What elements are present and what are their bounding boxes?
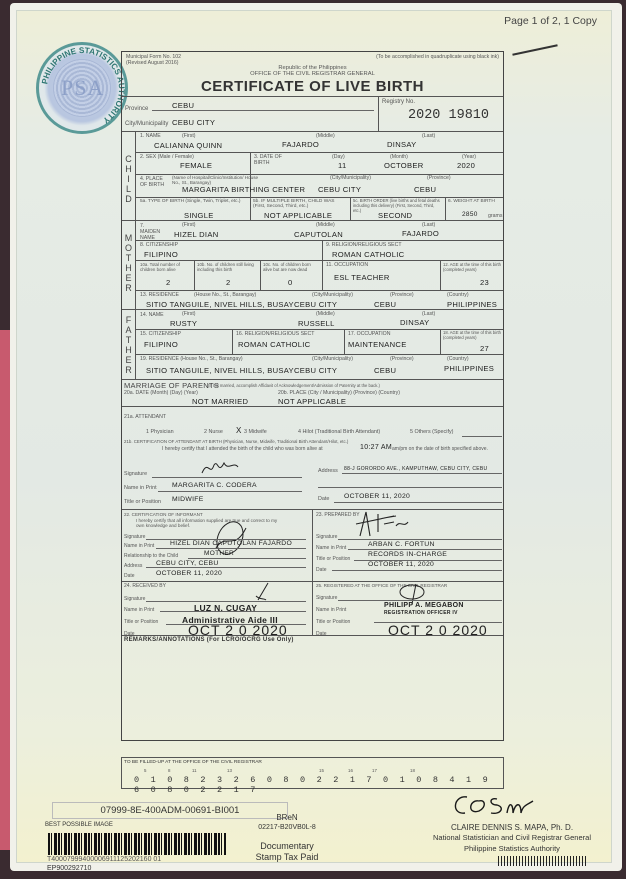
father-residence-province: CEBU bbox=[374, 366, 396, 375]
child-birth-province: CEBU bbox=[414, 185, 436, 194]
form-instruction: (To be accomplished in quadruplicate usi… bbox=[376, 54, 499, 60]
mother-occupation: ESL TEACHER bbox=[334, 273, 390, 282]
pen-mark bbox=[512, 44, 557, 56]
children-still-living: 2 bbox=[226, 278, 231, 287]
mother-middle-name: CAPUTOLAN bbox=[294, 230, 343, 239]
ep-number: EP900292710 bbox=[47, 865, 91, 872]
mother-section-label: MOTHER bbox=[122, 221, 136, 310]
c10a-label: 10a. Total number of children born alive bbox=[140, 262, 192, 272]
informant-name-label: Name in Print bbox=[124, 543, 154, 549]
informant-address-label: Address bbox=[124, 563, 142, 569]
registrar-codes-label: TO BE FILLED-UP AT THE OFFICE OF THE CIV… bbox=[124, 760, 262, 765]
pob-province-label: (Province) bbox=[427, 175, 451, 181]
first-label: (First) bbox=[182, 133, 196, 139]
marriage-place: NOT APPLICABLE bbox=[278, 397, 346, 406]
attendant-cert-text: I hereby certify that I attended the bir… bbox=[162, 446, 323, 452]
city-value: CEBU CITY bbox=[172, 118, 215, 127]
father-section-label: FATHER bbox=[122, 310, 136, 380]
dob-label: 3. DATE OF BIRTH bbox=[254, 154, 284, 166]
sex-label: 2. SEX (Male / Female) bbox=[140, 154, 194, 160]
child-multiple-birth: NOT APPLICABLE bbox=[264, 211, 332, 220]
child-section: CHILD 1. NAME (First) (Middle) (Last) CA… bbox=[122, 131, 503, 220]
marriage-section: MARRIAGE OF PARENTS (If not married, acc… bbox=[122, 379, 503, 406]
c10b-label: 10b. No. of children still living includ… bbox=[197, 262, 257, 272]
prepared-title-label: Title or Position bbox=[316, 556, 350, 562]
field-number: 15 bbox=[319, 768, 324, 773]
svg-text:PHILIPPINE STATISTICS AUTHORIT: PHILIPPINE STATISTICS AUTHORITY bbox=[40, 46, 126, 125]
attendant-name: MARGARITA C. CODERA bbox=[172, 482, 257, 489]
children-now-dead: 0 bbox=[288, 278, 293, 287]
attendant-option-midwife: 3 Midwife bbox=[244, 429, 267, 435]
prepared-by-label: 23. PREPARED BY bbox=[316, 512, 360, 518]
attendant-cert-label: 21b. CERTIFICATION OF ATTENDANT AT BIRTH… bbox=[124, 439, 348, 444]
received-title-label: Title or Position bbox=[124, 619, 158, 625]
attendant-option-others: 5 Others (Specify) bbox=[410, 429, 453, 435]
barcode-text: T40007999400006911125202160 01 bbox=[47, 856, 161, 863]
prepared-signature-icon bbox=[354, 510, 414, 538]
attendant-signature-label: Signature bbox=[124, 471, 147, 477]
weight-unit: grams bbox=[488, 213, 502, 219]
office-line: OFFICE OF THE CIVIL REGISTRAR GENERAL bbox=[122, 71, 503, 77]
mother-residence-province: CEBU bbox=[374, 300, 396, 309]
stamp-tax-paid: Documentary Stamp Tax Paid bbox=[247, 841, 327, 863]
prepared-date: OCTOBER 11, 2020 bbox=[368, 561, 434, 568]
received-signature-icon bbox=[252, 582, 272, 602]
birth-type-label: 5a. TYPE OF BIRTH (Single, Twin, Triplet… bbox=[140, 199, 245, 204]
mother-residence-label: 13. RESIDENCE bbox=[140, 292, 179, 298]
country-sub-label: (Country) bbox=[447, 292, 469, 298]
father-middle-name: RUSSELL bbox=[298, 319, 335, 328]
c10c-label: 10c. No. of children born alive but are … bbox=[263, 262, 320, 272]
registrar-general-signature-icon bbox=[449, 791, 539, 819]
registered-signature-label: Signature bbox=[316, 595, 337, 601]
child-middle-name: FAJARDO bbox=[282, 140, 319, 149]
registered-name-label: Name in Print bbox=[316, 607, 346, 613]
mother-last-name: FAJARDO bbox=[402, 229, 439, 238]
pob-label: 4. PLACE OF BIRTH bbox=[140, 176, 166, 188]
father-last-name: DINSAY bbox=[400, 318, 430, 327]
marriage-date: NOT MARRIED bbox=[192, 397, 248, 406]
province-value: CEBU bbox=[172, 101, 194, 110]
received-signature-label: Signature bbox=[124, 596, 145, 602]
agency-name: Philippine Statistics Authority bbox=[412, 844, 612, 853]
security-paper: Page 1 of 2, 1 Copy PSA PHILIPPINE STATI… bbox=[16, 10, 612, 863]
middle-label: (Middle) bbox=[316, 222, 335, 228]
pob-hospital-label: (Name of Hospital/Clinic/Institution/ Ho… bbox=[172, 175, 260, 185]
prepared-date-label: Date bbox=[316, 567, 327, 573]
child-name-label: 1. NAME bbox=[140, 133, 161, 139]
mother-residence-country: PHILIPPINES bbox=[447, 300, 497, 309]
marriage-date-label: 20a. DATE (Month) (Day) (Year) bbox=[124, 390, 198, 396]
attendant-address-label: Address bbox=[318, 468, 338, 474]
child-weight: 2850 bbox=[462, 211, 478, 218]
attendant-option-nurse: 2 Nurse bbox=[204, 429, 223, 435]
registrar-code-digits: 0 1 0 8 2 3 2 6 0 8 0 2 2 1 7 0 1 0 8 4 … bbox=[134, 775, 503, 795]
field-number: 18 bbox=[410, 768, 415, 773]
attendant-cert-suffix: am/pm on the date of birth specified abo… bbox=[392, 446, 488, 452]
province-label: Province bbox=[125, 106, 148, 112]
child-birth-day: 11 bbox=[338, 161, 346, 170]
year-label: (Year) bbox=[462, 154, 476, 160]
remarks-section: REMARKS/ANNOTATIONS (For LCRO/OCRG Use O… bbox=[122, 635, 503, 697]
month-label: (Month) bbox=[390, 154, 408, 160]
small-barcode-icon bbox=[498, 856, 588, 866]
remarks-label: REMARKS/ANNOTATIONS (For LCRO/OCRG Use O… bbox=[124, 637, 294, 643]
father-occupation-label: 17. OCCUPATION bbox=[348, 331, 390, 337]
birth-certificate-form: Municipal Form No. 102 (Revised August 2… bbox=[121, 51, 504, 741]
mother-first-name: HIZEL DIAN bbox=[174, 230, 219, 239]
middle-label: (Middle) bbox=[316, 311, 335, 317]
barcode-icon bbox=[48, 833, 226, 855]
registry-label: Registry No. bbox=[382, 99, 415, 105]
informant-text: I hereby certify that all information su… bbox=[136, 518, 286, 528]
house-label: (House No., St., Barangay) bbox=[194, 292, 256, 298]
registered-name: PHILIPP A. MEGABON bbox=[384, 602, 464, 609]
signatory-name: CLAIRE DENNIS S. MAPA, Ph. D. bbox=[412, 823, 612, 832]
child-section-label: CHILD bbox=[122, 132, 136, 221]
marriage-heading: MARRIAGE OF PARENTS bbox=[124, 381, 219, 390]
child-birth-month: OCTOBER bbox=[384, 161, 424, 170]
father-residence: SITIO TANGUILE, NIVEL HILLS, BUSAY bbox=[146, 366, 294, 375]
child-birth-place: MARGARITA BIRTHING CENTER bbox=[182, 185, 305, 194]
multiple-birth-label: 5b. IF MULTIPLE BIRTH, CHILD WAS (First,… bbox=[253, 199, 345, 209]
attendant-date-label: Date bbox=[318, 496, 329, 502]
father-religion: ROMAN CATHOLIC bbox=[238, 340, 310, 349]
pob-city-label: (City/Municipality) bbox=[330, 175, 371, 181]
mother-age: 23 bbox=[480, 278, 489, 287]
attendant-address: 88-J GORORDO AVE., KAMPUTHAW, CEBU CITY,… bbox=[344, 466, 487, 472]
informant-relationship: MOTHER bbox=[204, 550, 234, 557]
middle-label: (Middle) bbox=[316, 133, 335, 139]
best-possible-image-label: BEST POSSIBLE IMAGE bbox=[45, 822, 113, 828]
marriage-note: (If not married, accomplish Affidavit of… bbox=[208, 383, 380, 388]
mother-religion: ROMAN CATHOLIC bbox=[332, 250, 404, 259]
child-sex: FEMALE bbox=[180, 161, 212, 170]
mother-residence: SITIO TANGUILE, NIVEL HILLS, BUSAY bbox=[146, 300, 294, 309]
prepared-title: RECORDS IN-CHARGE bbox=[368, 551, 447, 558]
attendant-option-hilot: 4 Hilot (Traditional Birth Attendant) bbox=[298, 429, 380, 435]
mother-residence-city: CEBU CITY bbox=[294, 300, 337, 309]
informant-date-label: Date bbox=[124, 573, 135, 579]
father-name-label: 14. NAME bbox=[140, 312, 164, 318]
marriage-place-label: 20b. PLACE (City / Municipality) (Provin… bbox=[278, 390, 400, 396]
day-label: (Day) bbox=[332, 154, 345, 160]
informant-date: OCTOBER 11, 2020 bbox=[156, 570, 222, 577]
attendant-date: OCTOBER 11, 2020 bbox=[344, 493, 410, 500]
registrar-codes-box: TO BE FILLED-UP AT THE OFFICE OF THE CIV… bbox=[121, 757, 504, 789]
field-number: 8 bbox=[168, 768, 170, 773]
page-title: CERTIFICATE OF LIVE BIRTH bbox=[122, 78, 503, 95]
field-number: 11 bbox=[192, 768, 197, 773]
registered-title-label: Title or Position bbox=[316, 619, 350, 625]
prepared-name: ARBAN C. FORTUN bbox=[368, 541, 435, 548]
attendant-title: MIDWIFE bbox=[172, 496, 204, 503]
attendant-selected-mark: X bbox=[236, 426, 242, 435]
child-birth-city: CEBU CITY bbox=[318, 185, 361, 194]
father-residence-country: PHILIPPINES bbox=[444, 364, 494, 373]
attendant-option-physician: 1 Physician bbox=[146, 429, 174, 435]
prepared-signature-label: Signature bbox=[316, 534, 337, 540]
registry-number: 2020 19810 bbox=[408, 108, 489, 123]
signatory-title: National Statistician and Civil Registra… bbox=[412, 833, 612, 842]
attendant-signature-icon bbox=[200, 457, 240, 479]
mother-occupation-label: 11. OCCUPATION bbox=[326, 262, 368, 268]
location-row: Province CEBU City/Municipality CEBU CIT… bbox=[122, 96, 503, 131]
first-label: (First) bbox=[182, 222, 196, 228]
father-age-label: 18. AGE at the time of this birth (compl… bbox=[443, 330, 505, 340]
field-number: 5 bbox=[144, 768, 146, 773]
attendant-label: 21a. ATTENDANT bbox=[124, 414, 166, 420]
bren-number: 02217-B20VB0L-8 bbox=[247, 824, 327, 831]
father-residence-city: CEBU CITY bbox=[294, 366, 337, 375]
father-first-name: RUSTY bbox=[170, 319, 197, 328]
attendant-title-label: Title or Position bbox=[124, 499, 161, 505]
attendant-name-label: Name in Print bbox=[124, 485, 157, 491]
father-occupation: MAINTENANCE bbox=[348, 340, 407, 349]
informant-prepared-section: 22. CERTIFICATION OF INFORMANT I hereby … bbox=[122, 509, 503, 573]
child-last-name: DINSAY bbox=[387, 140, 417, 149]
first-label: (First) bbox=[182, 311, 196, 317]
informant-label: 22. CERTIFICATION OF INFORMANT bbox=[124, 512, 203, 517]
father-citizenship: FILIPINO bbox=[144, 340, 178, 349]
mother-citizenship: FILIPINO bbox=[144, 250, 178, 259]
field-number: 16 bbox=[348, 768, 353, 773]
field-number: 13 bbox=[227, 768, 232, 773]
father-age: 27 bbox=[480, 344, 489, 353]
registrar-codes-section bbox=[122, 697, 503, 741]
received-by-label: 24. RECEIVED BY bbox=[124, 583, 166, 589]
attendant-section: 21a. ATTENDANT 1 Physician 2 Nurse X 3 M… bbox=[122, 406, 503, 509]
received-registered-section: 24. RECEIVED BY Signature Name in Print … bbox=[122, 581, 503, 635]
mother-section: MOTHER 7. MAIDEN NAME (First) (Middle) (… bbox=[122, 220, 503, 309]
informant-name: HIZEL DIAN CAPUTOLAN FAJARDO bbox=[170, 540, 292, 547]
field-number: 17 bbox=[372, 768, 377, 773]
country-sub-label: (Country) bbox=[447, 356, 469, 362]
last-label: (Last) bbox=[422, 222, 435, 228]
informant-address: CEBU CITY, CEBU bbox=[156, 560, 219, 567]
child-birth-type: SINGLE bbox=[184, 211, 214, 220]
mother-name-label: 7. MAIDEN NAME bbox=[140, 223, 162, 241]
child-birth-year: 2020 bbox=[457, 161, 475, 170]
city-sub-label: (City/Municipality) bbox=[312, 356, 353, 362]
page-indicator: Page 1 of 2, 1 Copy bbox=[504, 15, 597, 27]
informant-signature-label: Signature bbox=[124, 534, 145, 540]
province-sub-label: (Province) bbox=[390, 292, 414, 298]
seal-ring-text: PHILIPPINE STATISTICS AUTHORITY bbox=[37, 43, 129, 135]
mother-religion-label: 9. RELIGION/RELIGIOUS SECT bbox=[326, 242, 402, 248]
psa-seal-icon: PSA PHILIPPINE STATISTICS AUTHORITY bbox=[36, 42, 128, 134]
prepared-name-label: Name in Print bbox=[316, 545, 346, 551]
received-name-label: Name in Print bbox=[124, 607, 154, 613]
last-label: (Last) bbox=[422, 133, 435, 139]
relationship-label: Relationship to the Child bbox=[124, 553, 178, 559]
registered-position: REGISTRATION OFFICER IV bbox=[384, 610, 458, 616]
father-citizenship-label: 15. CITIZENSHIP bbox=[140, 331, 181, 337]
child-first-name: CALIANNA QUINN bbox=[154, 141, 222, 150]
city-sub-label: (City/Municipality) bbox=[312, 292, 353, 298]
mother-citizenship-label: 8. CITIZENSHIP bbox=[140, 242, 178, 248]
province-sub-label: (Province) bbox=[390, 356, 414, 362]
bren-label: BReN bbox=[247, 813, 327, 822]
last-label: (Last) bbox=[422, 311, 435, 317]
child-birth-order: SECOND bbox=[378, 211, 412, 220]
father-residence-label: 19. RESIDENCE (House No., St., Barangay) bbox=[140, 356, 243, 362]
mother-age-label: 12. AGE at the time of this birth (compl… bbox=[443, 262, 505, 272]
children-born-alive: 2 bbox=[166, 278, 171, 287]
father-section: FATHER 14. NAME (First) (Middle) (Last) … bbox=[122, 309, 503, 379]
control-number: 07999-8E-400ADM-00691-BI001 bbox=[101, 805, 240, 816]
weight-label: 6. WEIGHT AT BIRTH bbox=[448, 199, 495, 204]
father-religion-label: 16. RELIGION/RELIGIOUS SECT bbox=[236, 331, 314, 337]
city-label: City/Municipality bbox=[125, 121, 168, 127]
birth-time: 10:27 AM bbox=[360, 444, 392, 451]
